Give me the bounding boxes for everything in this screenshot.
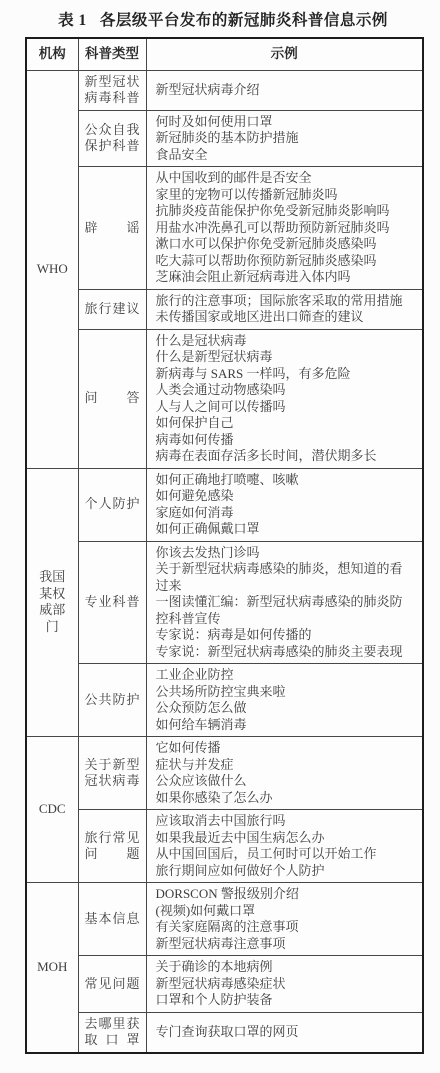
header-cell-example: 示例 (146, 38, 423, 70)
example-line: 食品安全 (156, 147, 414, 164)
example-line: 公众应该做什么 (156, 773, 414, 790)
example-cell: 你该去发热门诊吗关于新型冠状病毒感染的肺炎，想知道的看过来一图读懂汇编：新型冠状… (146, 541, 423, 664)
example-line: 用盐水冲洗鼻孔可以帮助预防新冠肺炎吗 (156, 220, 414, 237)
org-cell: MOH (26, 883, 78, 1053)
type-cell: 公众自我保护科普 (78, 110, 146, 167)
example-line: 如何保护自己 (156, 415, 414, 432)
type-cell: 关于新型冠状病毒 (78, 737, 146, 810)
example-line: 旅行期间应如何做好个人防护 (156, 863, 414, 880)
example-line: 新型冠状病毒介绍 (156, 82, 414, 99)
covid-info-table: 机构 科普类型 示例 WHO新型冠状病毒科普新型冠状病毒介绍公众自我保护科普何时… (25, 37, 424, 1054)
table-row: 问答什么是冠状病毒什么是新型冠状病毒新病毒与 SARS 一样吗，有多危险人类会通… (26, 329, 423, 468)
table-row: MOH基本信息DORSCON 警报级别介绍(视频)如何戴口罩有关家庭隔离的注意事… (26, 883, 423, 956)
table-row: 旅行建议旅行的注意事项；国际旅客采取的常用措施未传播国家或地区进出口筛查的建议 (26, 289, 423, 329)
example-line: 如何给车辆消毒 (156, 717, 414, 734)
example-line: 如果你感染了怎么办 (156, 790, 414, 807)
table-row: 我国某权威部门个人防护如何正确地打喷嚏、咳嗽如何避免感染家庭如何消毒如何正确佩戴… (26, 468, 423, 541)
example-line: 漱口水可以保护你免受新冠肺炎感染吗 (156, 236, 414, 253)
example-line: 一图读懂汇编：新型冠状病毒感染的肺炎防控科普宣传 (156, 594, 414, 627)
example-line: 关于确诊的本地病例 (156, 959, 414, 976)
example-line: 新型冠状病毒注意事项 (156, 936, 414, 953)
table-title-label: 表 1 (58, 12, 87, 29)
table-row: 公众自我保护科普何时及如何使用口罩新冠肺炎的基本防护措施食品安全 (26, 110, 423, 167)
type-cell: 专业科普 (78, 541, 146, 664)
example-cell: 如何正确地打喷嚏、咳嗽如何避免感染家庭如何消毒如何正确佩戴口罩 (146, 468, 423, 541)
example-line: 新病毒与 SARS 一样吗，有多危险 (156, 366, 414, 383)
type-cell: 常见问题 (78, 956, 146, 1013)
type-cell: 旅行建议 (78, 289, 146, 329)
example-cell: 专门查询获取口罩的网页 (146, 1012, 423, 1053)
org-cell: 我国某权威部门 (26, 468, 78, 737)
example-line: 口罩和个人防护装备 (156, 992, 414, 1009)
type-cell: 辟谣 (78, 167, 146, 290)
table-title: 表 1各层级平台发布的新冠肺炎科普信息示例 (24, 8, 422, 30)
example-line: 芝麻油会阻止新冠病毒进入体内吗 (156, 269, 414, 286)
example-line: 关于新型冠状病毒感染的肺炎，想知道的看过来 (156, 561, 414, 594)
example-cell: 从中国收到的邮件是否安全家里的宠物可以传播新冠肺炎吗抗肺炎疫苗能保护你免受新冠肺… (146, 167, 423, 290)
example-cell: 何时及如何使用口罩新冠肺炎的基本防护措施食品安全 (146, 110, 423, 167)
example-line: 抗肺炎疫苗能保护你免受新冠肺炎影响吗 (156, 203, 414, 220)
example-line: 吃大蒜可以帮助你预防新冠肺炎感染吗 (156, 253, 414, 270)
example-line: 工业企业防控 (156, 667, 414, 684)
example-line: 何时及如何使用口罩 (156, 114, 414, 131)
example-line: 你该去发热门诊吗 (156, 545, 414, 562)
example-line: 如何正确地打喷嚏、咳嗽 (156, 472, 414, 489)
example-line: 病毒在表面存活多长时间，潜伏期多长 (156, 448, 414, 465)
example-line: 如何避免感染 (156, 488, 414, 505)
table-row: 常见问题关于确诊的本地病例新型冠状病毒感染症状口罩和个人防护装备 (26, 956, 423, 1013)
table-row: 旅行常见问题应该取消去中国旅行吗如果我最近去中国生病怎么办从中国回国后，员工何时… (26, 810, 423, 883)
example-line: DORSCON 警报级别介绍 (156, 886, 414, 903)
example-cell: 它如何传播症状与并发症公众应该做什么如果你感染了怎么办 (146, 737, 423, 810)
type-cell: 去哪里获取口罩 (78, 1012, 146, 1053)
table-body: WHO新型冠状病毒科普新型冠状病毒介绍公众自我保护科普何时及如何使用口罩新冠肺炎… (26, 70, 423, 1053)
example-line: 应该取消去中国旅行吗 (156, 813, 414, 830)
example-line: 从中国回国后，员工何时可以开始工作 (156, 846, 414, 863)
example-line: 什么是新型冠状病毒 (156, 349, 414, 366)
type-cell: 基本信息 (78, 883, 146, 956)
example-line: 人与人之间可以传播吗 (156, 399, 414, 416)
table-title-text: 各层级平台发布的新冠肺炎科普信息示例 (100, 12, 388, 29)
example-line: 新型冠状病毒感染症状 (156, 976, 414, 993)
example-cell: 关于确诊的本地病例新型冠状病毒感染症状口罩和个人防护装备 (146, 956, 423, 1013)
table-row: 公共防护工业企业防控公共场所防控宝典来啦公众预防怎么做如何给车辆消毒 (26, 664, 423, 737)
example-line: 人类会通过动物感染吗 (156, 382, 414, 399)
table-row: 辟谣从中国收到的邮件是否安全家里的宠物可以传播新冠肺炎吗抗肺炎疫苗能保护你免受新… (26, 167, 423, 290)
example-cell: 旅行的注意事项；国际旅客采取的常用措施未传播国家或地区进出口筛查的建议 (146, 289, 423, 329)
example-line: 病毒如何传播 (156, 432, 414, 449)
page: 表 1各层级平台发布的新冠肺炎科普信息示例 机构 科普类型 示例 WHO新型冠状… (0, 0, 440, 1073)
type-cell: 新型冠状病毒科普 (78, 70, 146, 110)
example-cell: 新型冠状病毒介绍 (146, 70, 423, 110)
example-line: 症状与并发症 (156, 757, 414, 774)
example-cell: 什么是冠状病毒什么是新型冠状病毒新病毒与 SARS 一样吗，有多危险人类会通过动… (146, 329, 423, 468)
example-line: 它如何传播 (156, 740, 414, 757)
example-line: 家里的宠物可以传播新冠肺炎吗 (156, 187, 414, 204)
type-cell: 问答 (78, 329, 146, 468)
type-cell: 公共防护 (78, 664, 146, 737)
example-line: 如何正确佩戴口罩 (156, 521, 414, 538)
table-row: 去哪里获取口罩专门查询获取口罩的网页 (26, 1012, 423, 1053)
example-line: 专家说：病毒是如何传播的 (156, 627, 414, 644)
type-cell: 旅行常见问题 (78, 810, 146, 883)
example-line: 什么是冠状病毒 (156, 333, 414, 350)
example-cell: 应该取消去中国旅行吗如果我最近去中国生病怎么办从中国回国后，员工何时可以开始工作… (146, 810, 423, 883)
example-line: 专门查询获取口罩的网页 (156, 1024, 414, 1041)
example-line: 公众预防怎么做 (156, 700, 414, 717)
example-line: 未传播国家或地区进出口筛查的建议 (156, 309, 414, 326)
example-line: 旅行的注意事项；国际旅客采取的常用措施 (156, 293, 414, 310)
table-row: 专业科普你该去发热门诊吗关于新型冠状病毒感染的肺炎，想知道的看过来一图读懂汇编：… (26, 541, 423, 664)
table-row: CDC关于新型冠状病毒它如何传播症状与并发症公众应该做什么如果你感染了怎么办 (26, 737, 423, 810)
header-cell-org: 机构 (26, 38, 78, 70)
example-line: 如果我最近去中国生病怎么办 (156, 830, 414, 847)
example-line: 公共场所防控宝典来啦 (156, 684, 414, 701)
example-cell: DORSCON 警报级别介绍(视频)如何戴口罩有关家庭隔离的注意事项新型冠状病毒… (146, 883, 423, 956)
org-cell: CDC (26, 737, 78, 883)
example-line: 专家说：新型冠状病毒感染的肺炎主要表现 (156, 644, 414, 661)
org-cell: WHO (26, 70, 78, 468)
example-line: 有关家庭隔离的注意事项 (156, 919, 414, 936)
example-cell: 工业企业防控公共场所防控宝典来啦公众预防怎么做如何给车辆消毒 (146, 664, 423, 737)
type-cell: 个人防护 (78, 468, 146, 541)
example-line: 从中国收到的邮件是否安全 (156, 170, 414, 187)
header-cell-type: 科普类型 (78, 38, 146, 70)
example-line: 家庭如何消毒 (156, 505, 414, 522)
example-line: 新冠肺炎的基本防护措施 (156, 130, 414, 147)
example-line: (视频)如何戴口罩 (156, 903, 414, 920)
table-row: WHO新型冠状病毒科普新型冠状病毒介绍 (26, 70, 423, 110)
table-header-row: 机构 科普类型 示例 (26, 38, 423, 70)
